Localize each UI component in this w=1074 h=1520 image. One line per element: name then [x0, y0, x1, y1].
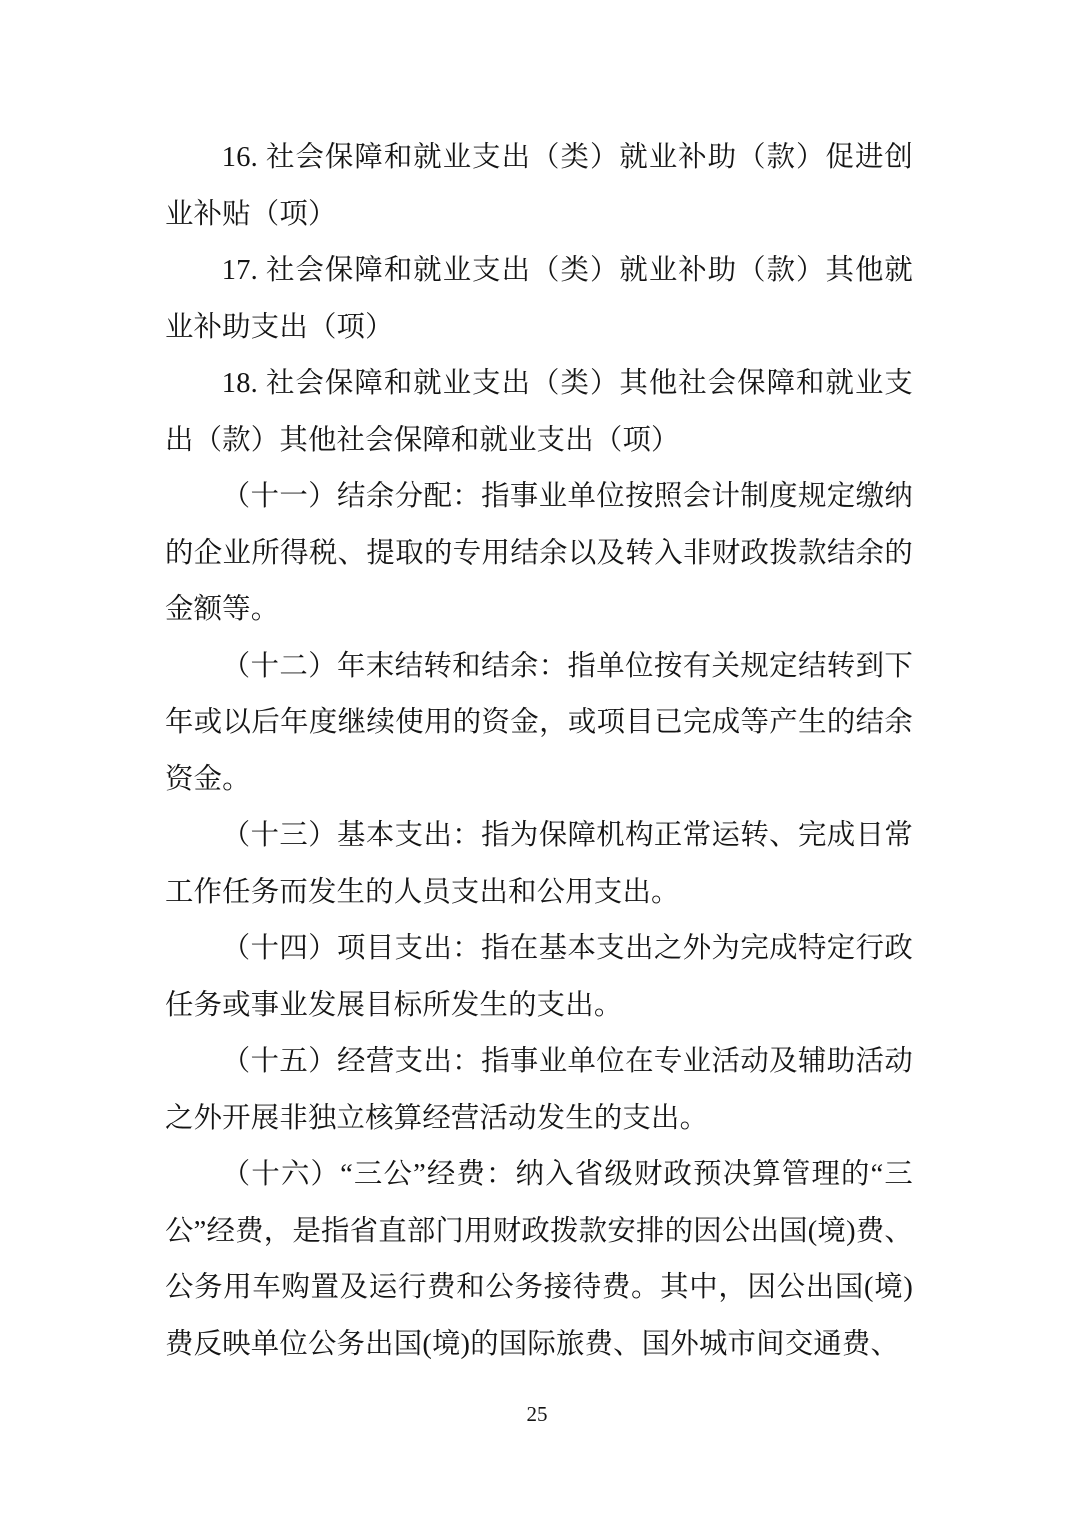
paragraph-definition-15: （十五）经营支出：指事业单位在专业活动及辅助活动之外开展非独立核算经营活动发生的… — [165, 1034, 913, 1147]
page-number: 25 — [0, 1402, 1074, 1426]
paragraph-definition-11: （十一）结余分配：指事业单位按照会计制度规定缴纳的企业所得税、提取的专用结余以及… — [165, 469, 913, 639]
paragraph-item-17: 17. 社会保障和就业支出（类）就业补助（款）其他就业补助支出（项） — [165, 243, 913, 356]
paragraph-definition-14: （十四）项目支出：指在基本支出之外为完成特定行政任务或事业发展目标所发生的支出。 — [165, 921, 913, 1034]
paragraph-definition-16: （十六）“三公”经费：纳入省级财政预决算管理的“三公”经费，是指省直部门用财政拨… — [165, 1147, 913, 1373]
document-body-text: 16. 社会保障和就业支出（类）就业补助（款）促进创业补贴（项） 17. 社会保… — [165, 130, 913, 1373]
paragraph-definition-13: （十三）基本支出：指为保障机构正常运转、完成日常工作任务而发生的人员支出和公用支… — [165, 808, 913, 921]
paragraph-definition-12: （十二）年末结转和结余：指单位按有关规定结转到下年或以后年度继续使用的资金，或项… — [165, 639, 913, 809]
paragraph-item-18: 18. 社会保障和就业支出（类）其他社会保障和就业支出（款）其他社会保障和就业支… — [165, 356, 913, 469]
document-page: 16. 社会保障和就业支出（类）就业补助（款）促进创业补贴（项） 17. 社会保… — [0, 0, 1074, 1520]
paragraph-item-16: 16. 社会保障和就业支出（类）就业补助（款）促进创业补贴（项） — [165, 130, 913, 243]
